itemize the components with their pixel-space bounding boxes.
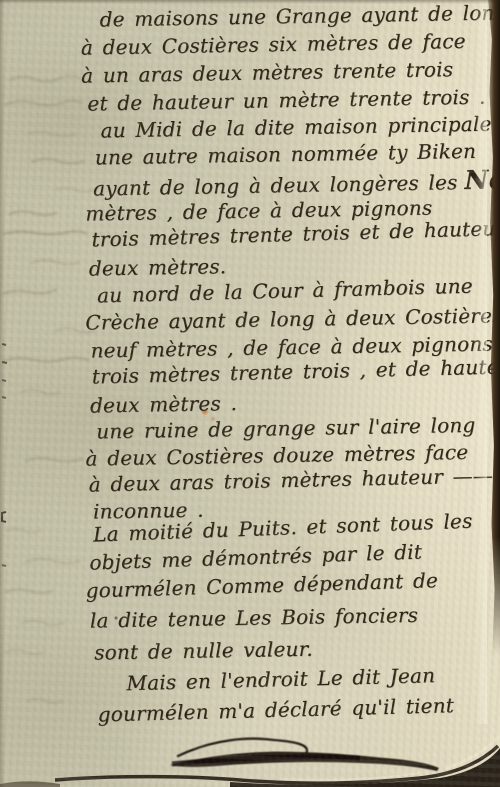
manuscript-line: à un aras deux mètres trente trois: [81, 57, 453, 87]
handwritten-text-block: de maisons une Grange ayant de long à de…: [0, 0, 500, 787]
manuscript-line: une ruine de grange sur l'aire long: [96, 413, 476, 444]
page-curl-highlight: [475, 0, 487, 724]
manuscript-line: à deux Costières six mètres de face: [81, 29, 466, 60]
manuscript-line: Mais en l'endroit Le dit Jean: [126, 663, 435, 695]
manuscript-line: sont de nulle valeur.: [94, 637, 313, 665]
manuscript-line: de maisons une Grange ayant de long: [99, 0, 500, 31]
manuscript-line: et de hauteur un mètre trente trois .: [87, 85, 486, 116]
manuscript-line: deux mètres .: [90, 391, 237, 418]
manuscript-page: de maisons une Grange ayant de long à de…: [0, 0, 500, 787]
manuscript-line: la dite tenue Les Bois fonciers: [90, 603, 419, 633]
page-edge-shadow-left: [0, 0, 5, 787]
manuscript-line: gourmélen m'a déclaré qu'il tient: [97, 693, 454, 726]
manuscript-line: une autre maison nommée ty Biken: [95, 139, 477, 170]
manuscript-line: deux mètres.: [89, 254, 227, 280]
manuscript-line: gourmélen Comme dépendant de: [85, 568, 438, 602]
page-edge-shadow-top: [0, 0, 500, 4]
manuscript-line: Crèche ayant de long à deux Costières: [85, 303, 500, 334]
manuscript-line: au Midi de la dite maison principale: [100, 112, 491, 143]
